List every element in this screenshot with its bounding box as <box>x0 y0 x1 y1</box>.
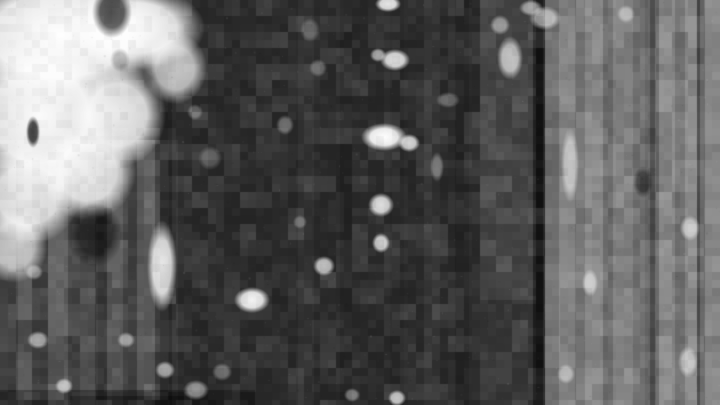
film-frame-canvas <box>0 0 720 405</box>
video-frame <box>0 0 720 405</box>
